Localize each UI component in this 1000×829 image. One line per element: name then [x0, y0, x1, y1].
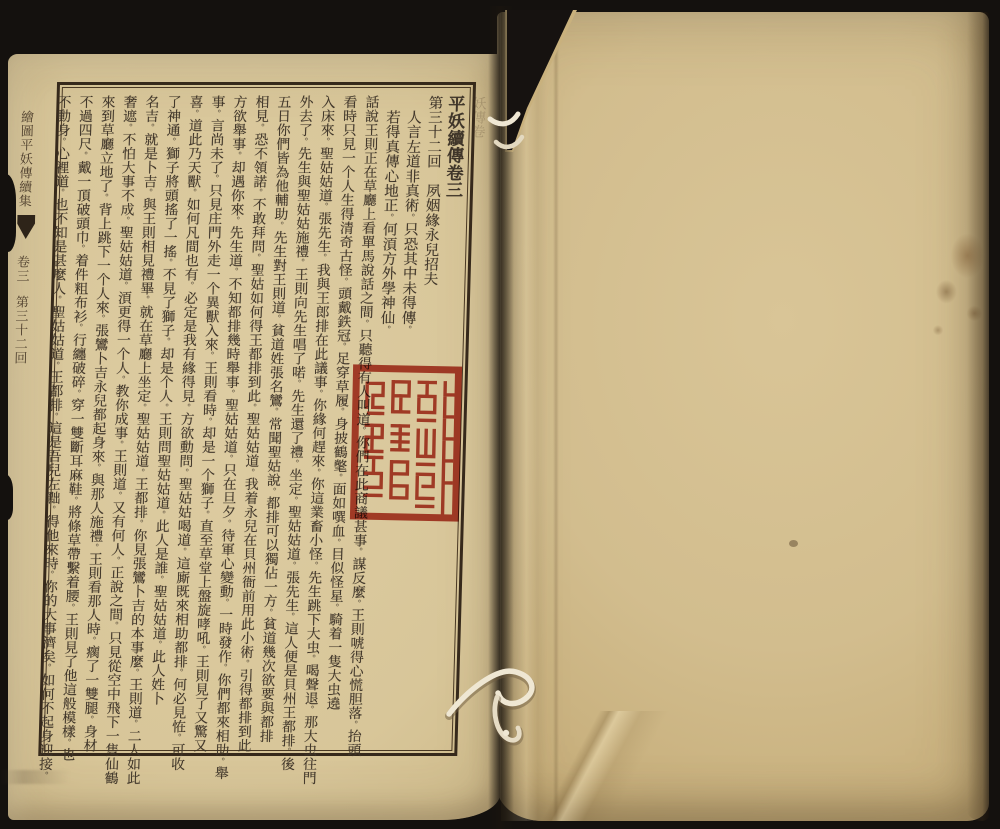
paper-crease [553, 12, 559, 821]
spine-column: 繪圖平妖傳續集 卷三 第三十二回 [14, 110, 47, 365]
ink-showthrough: 妖傳卷 [467, 96, 486, 138]
page-edge-shadow [967, 12, 989, 821]
corner-fold-crease [505, 711, 695, 821]
red-collector-seal [348, 363, 463, 523]
series-title: 繪圖平妖傳續集 [19, 110, 37, 208]
chapter-label: 第三十二回 [14, 295, 31, 365]
margin-smudge [0, 770, 70, 784]
fishtail-mark [17, 215, 36, 239]
volume-label: 卷三 [16, 255, 32, 283]
blank-verso-page [497, 12, 989, 821]
printed-recto-page: 繪圖平妖傳續集 卷三 第三十二回 平妖續傳卷三第三十二回 夙姻緣永兒招夫 人言左… [8, 54, 500, 820]
book-photograph: 繪圖平妖傳續集 卷三 第三十二回 平妖續傳卷三第三十二回 夙姻緣永兒招夫 人言左… [0, 0, 1000, 829]
ink-speck [789, 540, 798, 547]
